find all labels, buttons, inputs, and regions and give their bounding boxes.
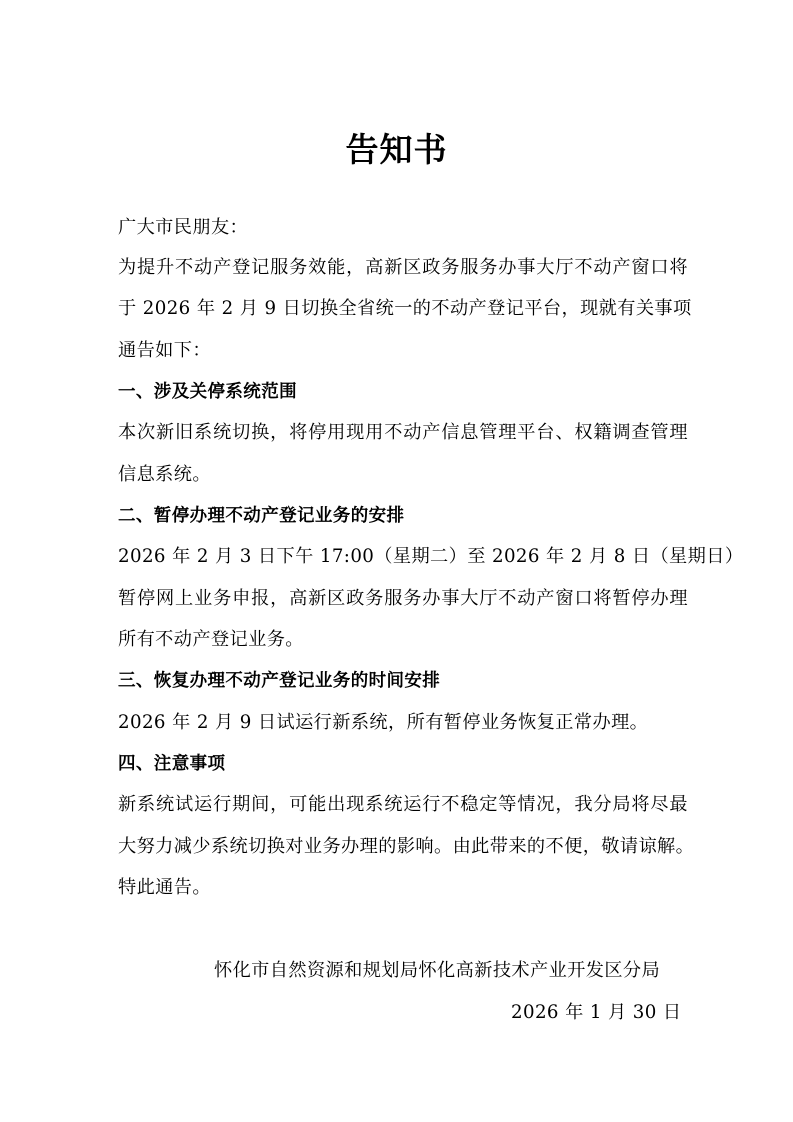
section-4-line-3: 特此通告。 [118, 876, 688, 900]
document-title: 告知书 [0, 128, 793, 172]
section-3-line-1: 2026 年 2 月 9 日试运行新系统，所有暂停业务恢复正常办理。 [118, 711, 688, 735]
intro-line-2: 于 2026 年 2 月 9 日切换全省统一的不动产登记平台，现就有关事项 [118, 297, 688, 321]
signature-date: 2026 年 1 月 30 日 [511, 1001, 681, 1025]
signature-organization: 怀化市自然资源和规划局怀化高新技术产业开发区分局 [214, 959, 660, 983]
section-1-line-1: 本次新旧系统切换，将停用现用不动产信息管理平台、权籍调查管理 [118, 421, 688, 445]
salutation: 广大市民朋友： [118, 216, 688, 240]
section-2-line-1: 2026 年 2 月 3 日下午 17:00（星期二）至 2026 年 2 月 … [118, 545, 688, 569]
intro-line-1: 为提升不动产登记服务效能，高新区政务服务办事大厅不动产窗口将 [118, 256, 688, 280]
intro-line-3: 通告如下： [118, 339, 688, 363]
section-1-line-2: 信息系统。 [118, 463, 688, 487]
section-4-line-2: 大努力减少系统切换对业务办理的影响。由此带来的不便，敬请谅解。 [118, 835, 688, 859]
section-4-line-1: 新系统试运行期间，可能出现系统运行不稳定等情况，我分局将尽最 [118, 793, 688, 817]
section-2-line-2: 暂停网上业务申报，高新区政务服务办事大厅不动产窗口将暂停办理 [118, 587, 688, 611]
section-2-heading: 二、暂停办理不动产登记业务的安排 [118, 504, 688, 528]
section-2-line-3: 所有不动产登记业务。 [118, 628, 688, 652]
section-4-heading: 四、注意事项 [118, 752, 688, 776]
section-3-heading: 三、恢复办理不动产登记业务的时间安排 [118, 669, 688, 693]
section-1-heading: 一、涉及关停系统范围 [118, 380, 688, 404]
document-page: 告知书 广大市民朋友： 为提升不动产登记服务效能，高新区政务服务办事大厅不动产窗… [0, 0, 793, 1122]
